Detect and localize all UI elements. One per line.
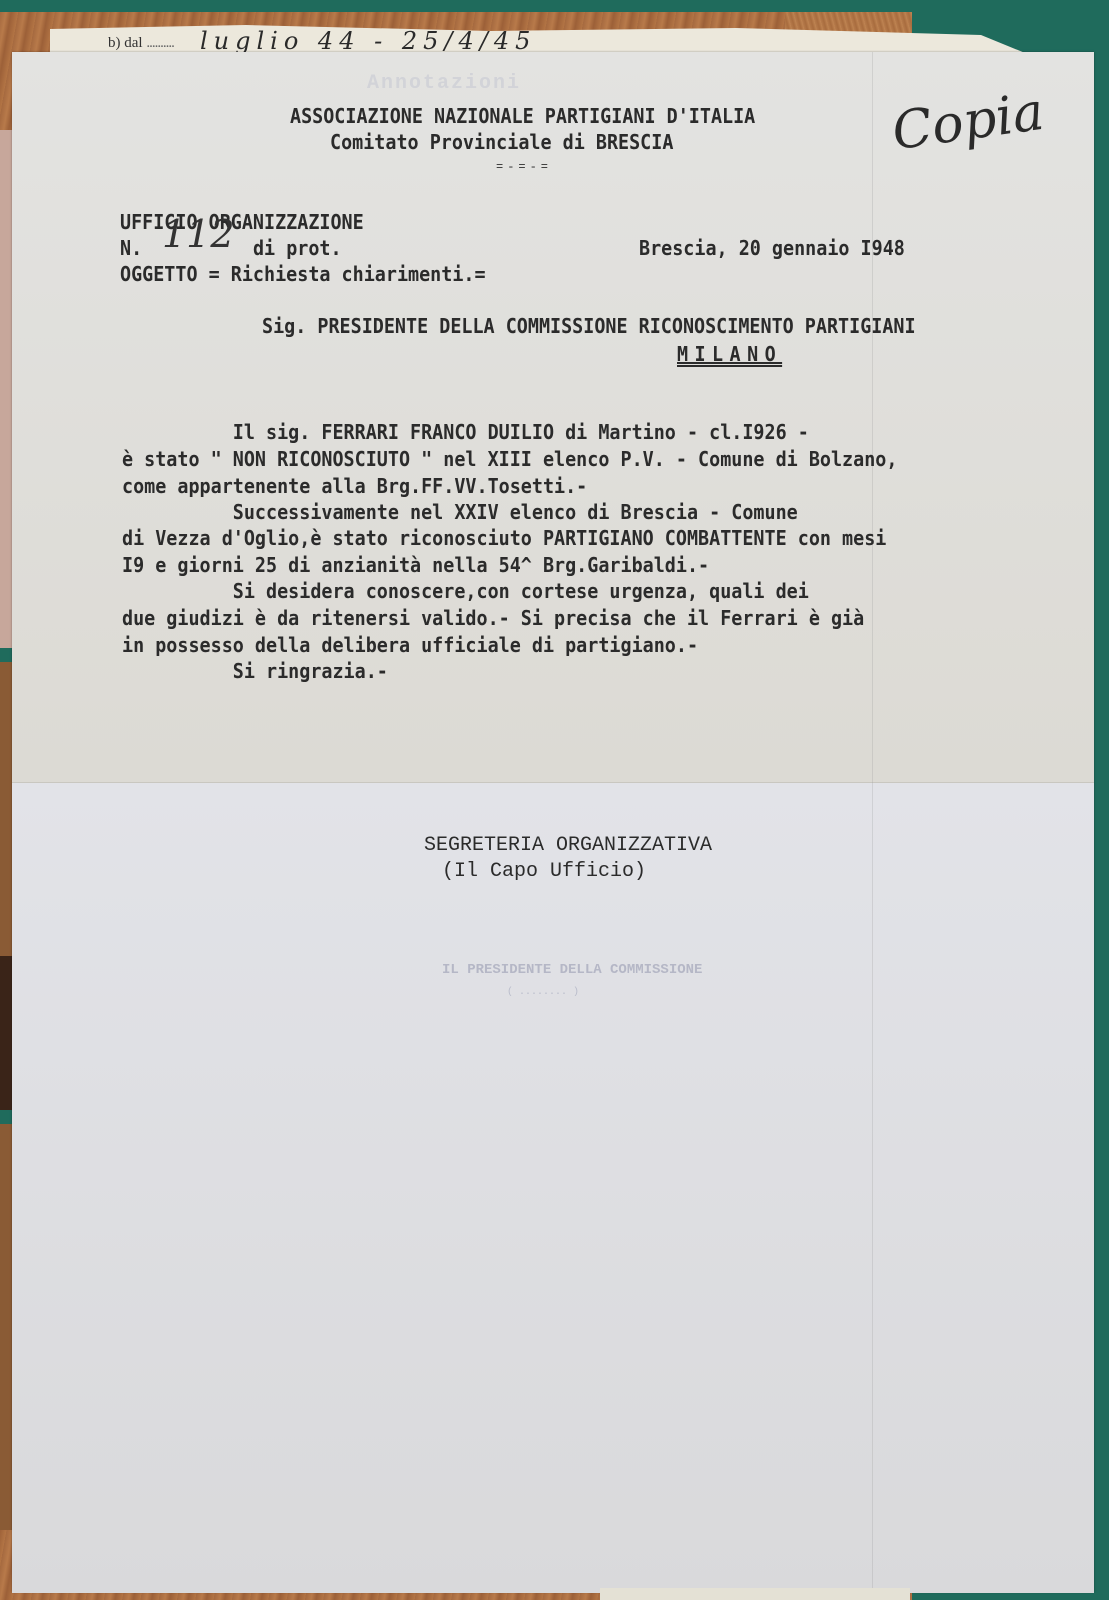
date-line: Brescia, 20 gennaio I948 — [639, 236, 905, 260]
letterhead-organization: ASSOCIAZIONE NAZIONALE PARTIGIANI D'ITAL… — [290, 104, 755, 128]
body-line: Si desidera conoscere,con cortese urgenz… — [122, 579, 809, 603]
form-label: b) dal .......... — [108, 35, 174, 52]
bottom-paper-scrap — [600, 1588, 910, 1600]
form-label-text: b) dal — [108, 35, 143, 51]
body-line: Successivamente nel XXIV elenco di Bresc… — [122, 500, 798, 524]
bleed-through-line-2: ( ........ ) — [507, 987, 579, 998]
body-line: è stato " NON RICONOSCIUTO " nel XIII el… — [122, 447, 897, 471]
bleed-through-line-1: IL PRESIDENTE DELLA COMMISSIONE — [442, 962, 702, 978]
vertical-crease — [872, 52, 873, 1592]
letterhead-committee: Comitato Provinciale di BRESCIA — [330, 130, 673, 154]
office-heading: UFFICIO ORGANIZZAZIONE — [120, 210, 364, 234]
form-handwritten-dates: luglio 44 - 25/4/45 — [200, 27, 536, 55]
signature-role: (Il Capo Ufficio) — [442, 860, 646, 883]
lower-fold-panel — [12, 782, 1094, 1593]
body-line: Il sig. FERRARI FRANCO DUILIO di Martino… — [122, 420, 809, 444]
body-line: di Vezza d'Oglio,è stato riconosciuto PA… — [122, 526, 886, 550]
letter-document: Annotazioni ASSOCIAZIONE NAZIONALE PARTI… — [12, 52, 1094, 1592]
letterhead-separator: =-=-= — [496, 160, 552, 174]
body-line: Si ringrazia.- — [122, 659, 388, 683]
addressee-recipient: Sig. PRESIDENTE DELLA COMMISSIONE RICONO… — [262, 314, 916, 338]
addressee-city: MILANO — [677, 342, 782, 366]
subject-line: OGGETTO = Richiesta chiarimenti.= — [120, 262, 486, 286]
body-line: come appartenente alla Brg.FF.VV.Tosetti… — [122, 474, 587, 498]
ghost-stamp-text: Annotazioni — [367, 72, 521, 95]
body-line: due giudizi è da ritenersi valido.- Si p… — [122, 606, 864, 630]
protocol-prefix: N. — [120, 236, 142, 260]
signature-office: SEGRETERIA ORGANIZZATIVA — [424, 834, 712, 857]
protocol-suffix: di prot. — [253, 236, 342, 260]
form-dotted-line: .......... — [146, 35, 174, 51]
body-line: I9 e giorni 25 di anzianità nella 54^ Br… — [122, 553, 709, 577]
body-line: in possesso della delibera ufficiale di … — [122, 633, 698, 657]
protocol-number-handwritten: 112 — [162, 212, 235, 256]
